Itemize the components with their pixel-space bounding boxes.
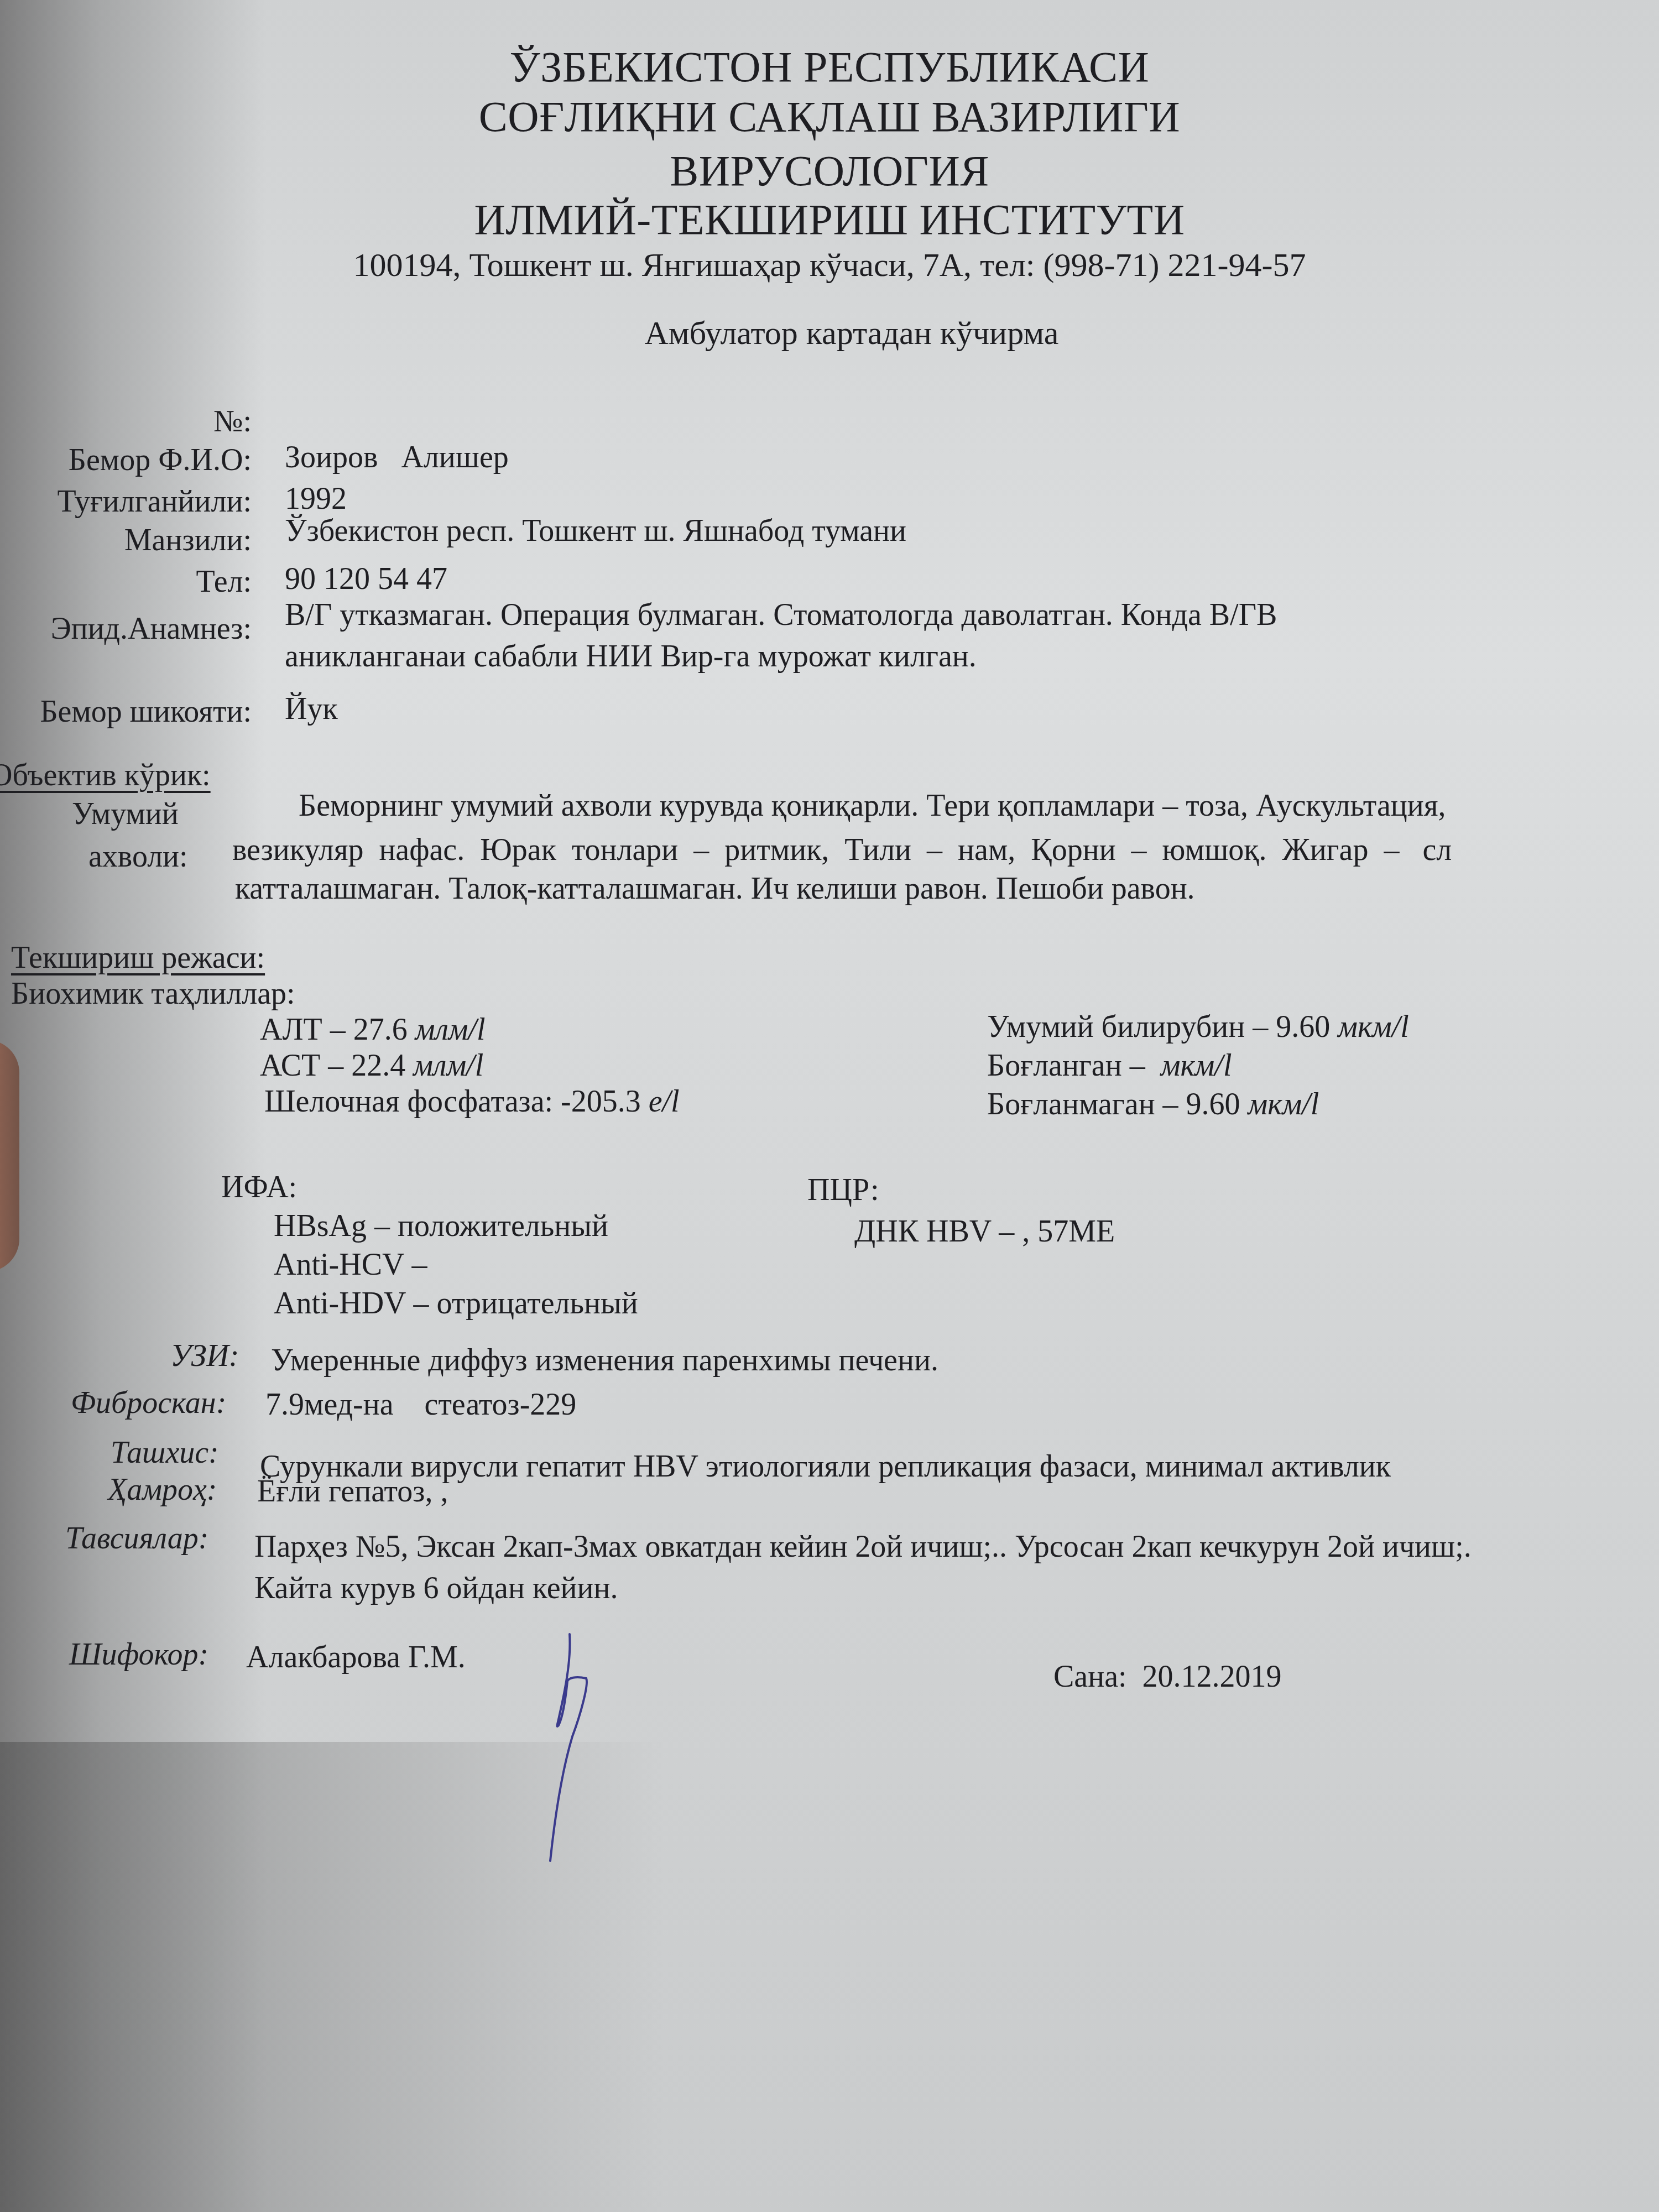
indirect-bilirubin-value: Боғланмаган – 9.60 <box>987 1087 1240 1121</box>
address-value: Ўзбекистон респ. Тошкент ш. Яшнабод тума… <box>285 513 906 549</box>
biochem-alt-unit: млм/l <box>415 1013 486 1047</box>
comorbid-label: Ҳамроҳ: <box>108 1472 217 1507</box>
doctor-label: Шифокор: <box>69 1637 208 1672</box>
biochem-label: Биохимик таҳлиллар: <box>11 976 295 1011</box>
birth-year-label: Туғилганйили: <box>57 484 252 519</box>
signature-mark <box>531 1631 608 1864</box>
general-state-line-1: Беморнинг умумий ахволи курувда қониқарл… <box>299 788 1446 823</box>
direct-bilirubin-value: Боғланган – <box>987 1048 1153 1083</box>
pcr-label: ПЦР: <box>807 1172 879 1208</box>
ifa-anti-hcv: Anti-HCV – <box>274 1247 427 1282</box>
biochem-ast: АСТ – 22.4 млм/l <box>260 1048 483 1083</box>
recommendations-line-2: Кайта курув 6 ойдан кейин. <box>254 1571 618 1606</box>
number-label: №: <box>213 404 252 439</box>
ifa-label: ИФА: <box>221 1170 297 1205</box>
epid-line-2: аникланганаи сабабли НИИ Вир-га мурожат … <box>285 639 977 674</box>
diagnosis-label: Ташхис: <box>111 1435 219 1470</box>
pcr-hbv-dna: ДНК HBV – , 57МЕ <box>854 1214 1115 1249</box>
direct-bilirubin-unit: мкм/l <box>1161 1048 1232 1083</box>
complaint-label: Бемор шикояти: <box>40 694 252 729</box>
total-bilirubin-unit: мкм/l <box>1338 1010 1409 1044</box>
phone-label: Тел: <box>196 564 252 599</box>
header-ministry: СОҒЛИҚНИ САҚЛАШ ВАЗИРЛИГИ <box>0 95 1659 138</box>
recommendations-line-1: Парҳез №5, Эксан 2кап-3мах овкатдан кейи… <box>254 1529 1472 1564</box>
recommendations-label: Тавсиялар: <box>65 1521 208 1556</box>
date-value: 20.12.2019 <box>1142 1660 1282 1694</box>
epid-label: Эпид.Анамнез: <box>51 611 252 646</box>
biochem-total-bilirubin: Умумий билирубин – 9.60 мкм/l <box>987 1009 1409 1045</box>
ifa-anti-hdv: Anti-HDV – отрицательный <box>274 1286 638 1321</box>
finger-edge <box>0 1040 19 1272</box>
general-state-label-1: Умумий <box>72 796 179 832</box>
date-label: Сана: <box>1053 1660 1127 1694</box>
biochem-alt-value: АЛТ – 27.6 <box>260 1013 408 1047</box>
header-address: 100194, Тошкент ш. Янгишаҳар кўчаси, 7А,… <box>0 246 1659 284</box>
doctor-name: Алакбарова Г.М. <box>246 1640 466 1675</box>
complaint-value: Йук <box>285 691 338 727</box>
document-title: Амбулатор картадан кўчирма <box>22 314 1659 352</box>
header-institute-2: ИЛМИЙ-ТЕКШИРИШ ИНСТИТУТИ <box>0 198 1659 241</box>
biochem-alt: АЛТ – 27.6 млм/l <box>260 1012 486 1047</box>
total-bilirubin-value: Умумий билирубин – 9.60 <box>987 1010 1330 1044</box>
patient-name-label: Бемор Ф.И.О: <box>69 442 252 478</box>
ifa-hbsag: HBsAg – положительный <box>274 1208 608 1244</box>
biochem-indirect-bilirubin: Боғланмаган – 9.60 мкм/l <box>987 1087 1319 1122</box>
objective-heading: Объектив кўрик: <box>0 758 211 793</box>
indirect-bilirubin-unit: мкм/l <box>1248 1087 1319 1121</box>
biochem-alp-value: Шелочная фосфатаза: -205.3 <box>264 1084 641 1119</box>
general-state-line-2: везикуляр нафас. Юрак тонлари – ритмик, … <box>232 832 1452 868</box>
address-label: Манзили: <box>124 523 252 558</box>
phone-value: 90 120 54 47 <box>285 561 447 597</box>
biochem-ast-unit: млм/l <box>413 1048 483 1083</box>
examination-heading: Текшириш режаси: <box>11 940 265 975</box>
uzi-value: Умеренные диффуз изменения паренхимы печ… <box>271 1343 938 1378</box>
general-state-line-3: катталашмаган. Талоқ-катталашмаган. Ич к… <box>235 871 1195 906</box>
fibroscan-label: Фиброскан: <box>71 1385 226 1421</box>
patient-name-value: Зоиров Алишер <box>285 440 509 475</box>
biochem-direct-bilirubin: Боғланган – мкм/l <box>987 1048 1232 1083</box>
header-country: ЎЗБЕКИСТОН РЕСПУБЛИКАСИ <box>0 45 1659 88</box>
general-state-label-2: ахволи: <box>88 839 188 874</box>
header-institute-1: ВИРУСОЛОГИЯ <box>0 149 1659 192</box>
biochem-alp-unit: е/l <box>649 1084 680 1119</box>
fibroscan-value: 7.9мед-на стеатоз-229 <box>265 1387 576 1422</box>
biochem-ast-value: АСТ – 22.4 <box>260 1048 405 1083</box>
epid-line-1: В/Г утказмаган. Операция булмаган. Стома… <box>285 597 1277 633</box>
biochem-alp: Шелочная фосфатаза: -205.3 е/l <box>264 1084 680 1119</box>
comorbid-value: Ёғли гепатоз, , <box>257 1474 448 1509</box>
date-field: Сана: 20.12.2019 <box>1053 1659 1282 1694</box>
uzi-label: УЗИ: <box>170 1338 239 1374</box>
birth-year-value: 1992 <box>285 481 347 517</box>
